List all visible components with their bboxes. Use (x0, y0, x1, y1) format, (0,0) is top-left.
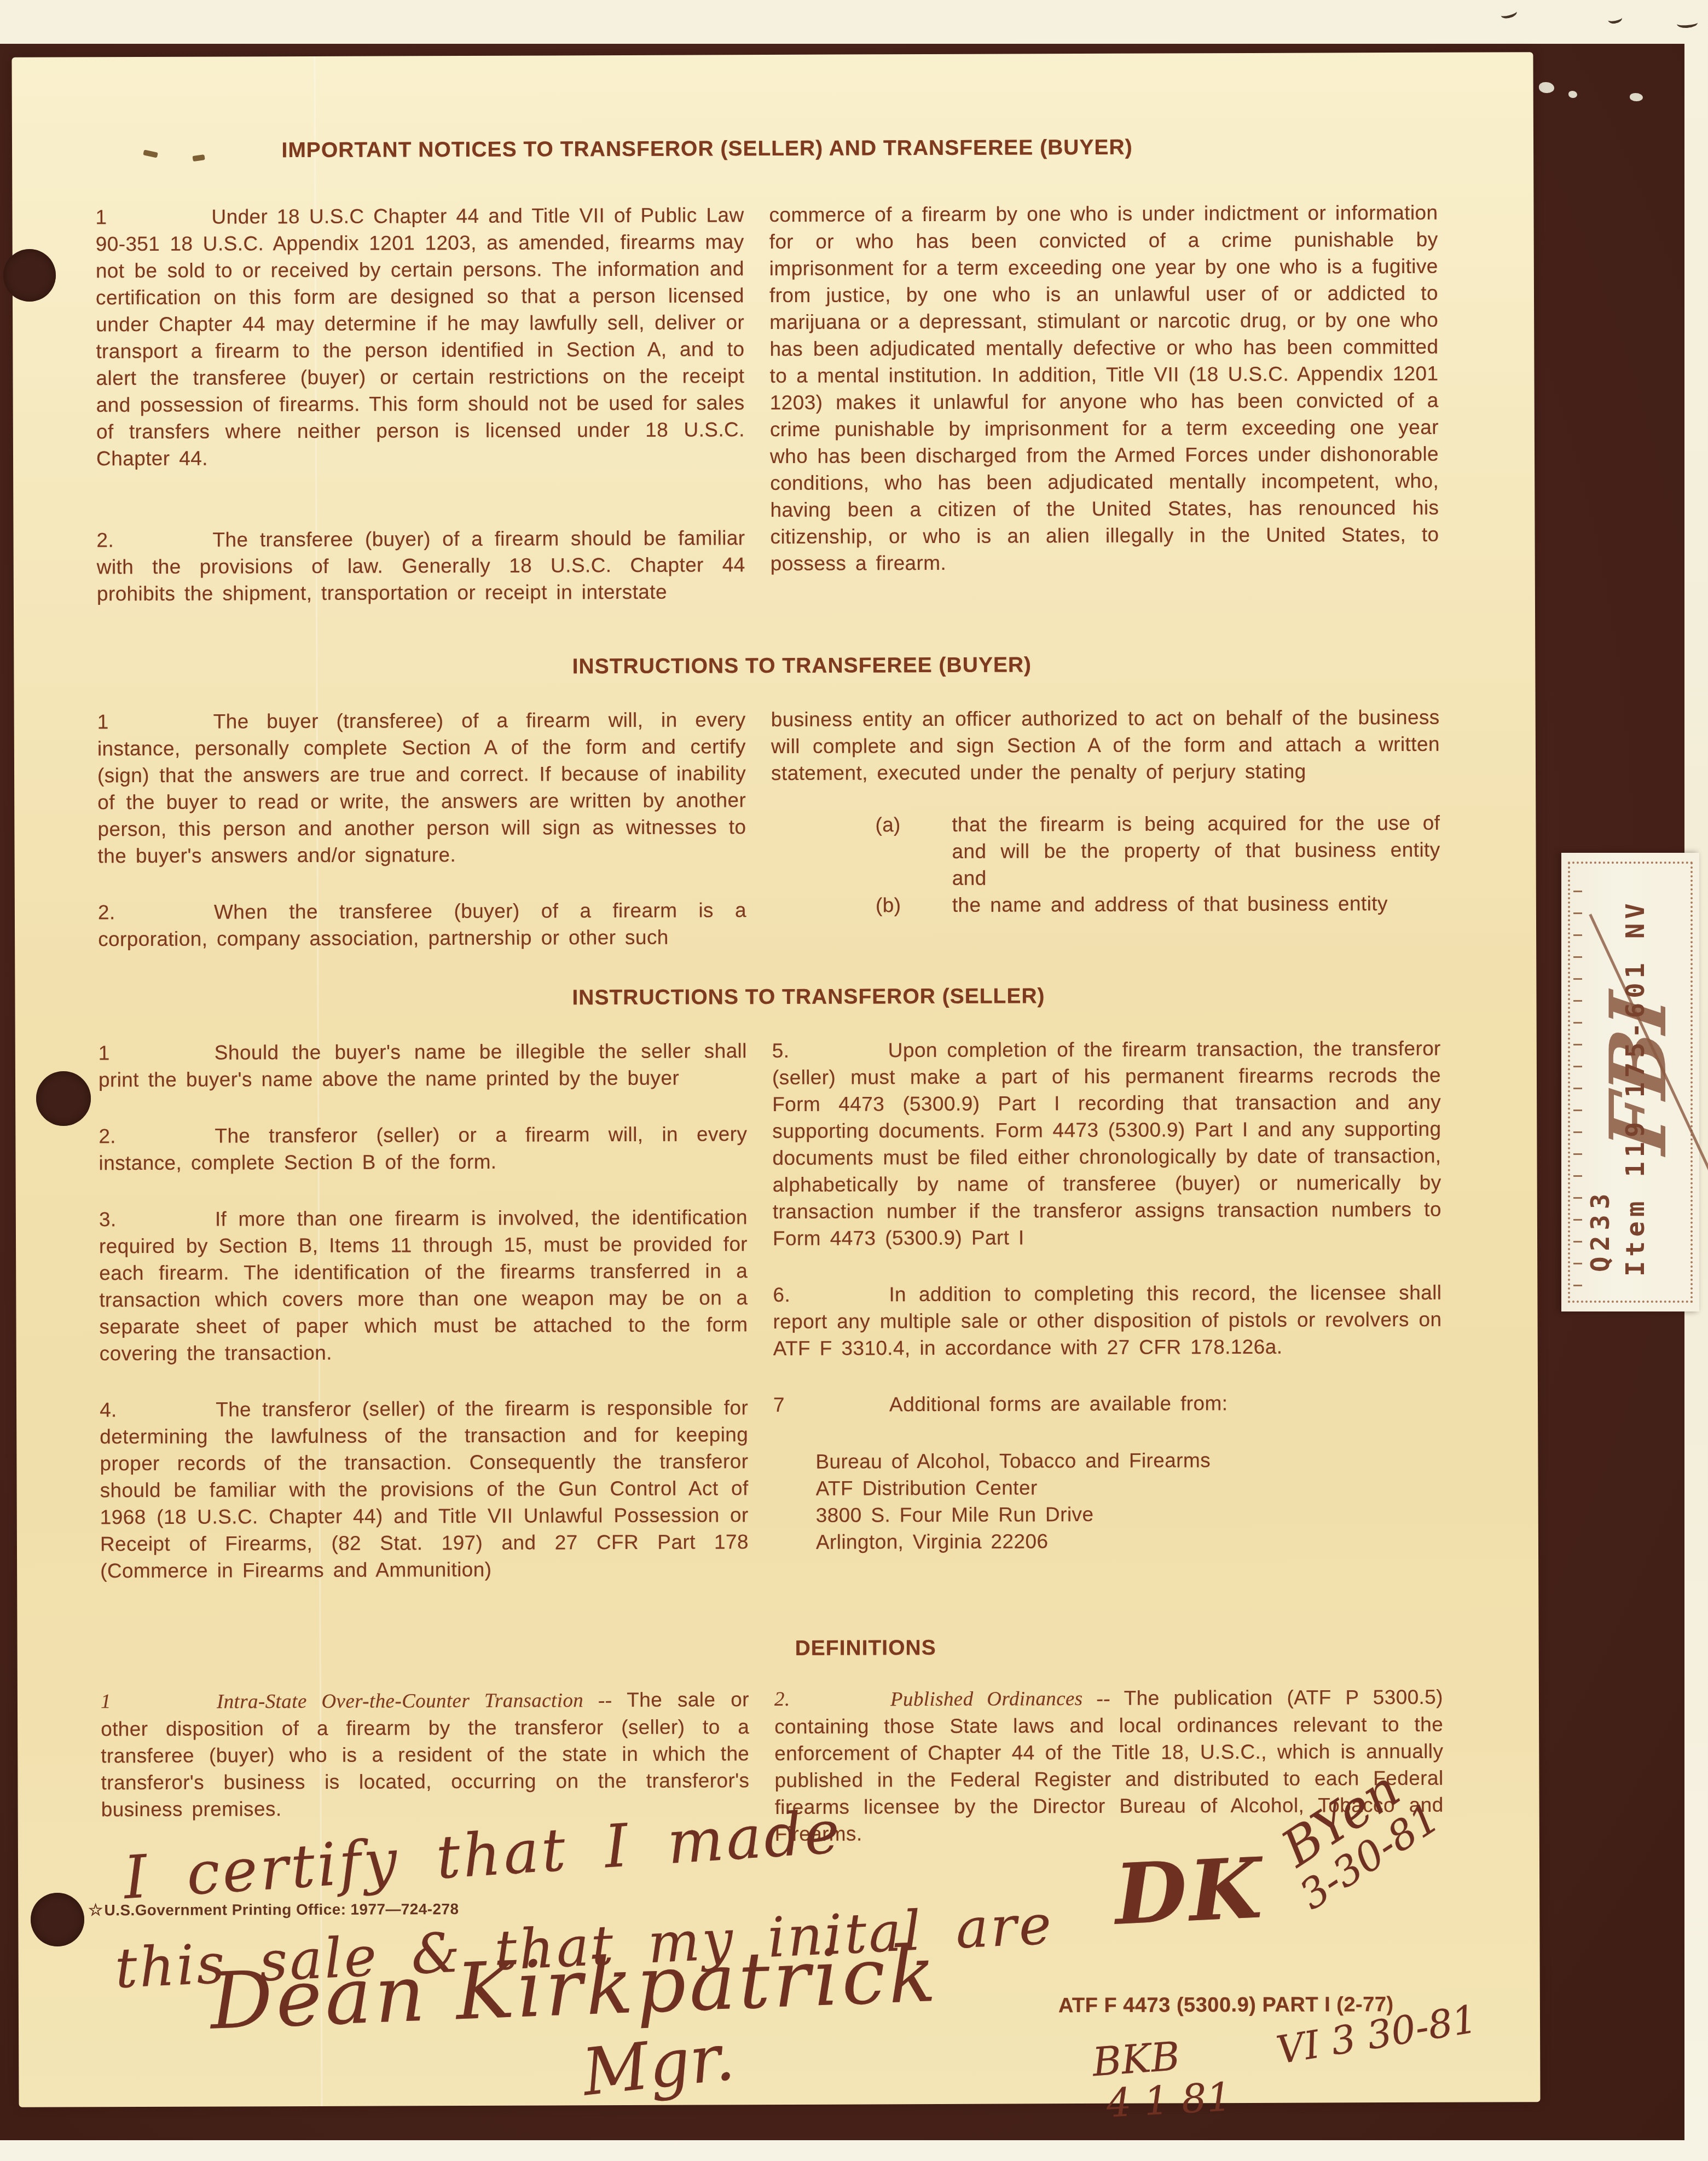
definition-number: 1 (101, 1688, 111, 1715)
handwritten-initials-dk: DK (1113, 1839, 1266, 1944)
transferee-intro: business entity an officer authorized to… (771, 704, 1440, 787)
fbi-evidence-label: Q233 Item 119 175-601 NV FBI (1561, 853, 1699, 1311)
document-page: IMPORTANT NOTICES TO TRANSFEROR (SELLER)… (11, 52, 1540, 2107)
evidence-label-text: Q233 Item 119 175-601 NV (1583, 899, 1653, 1276)
paragraph-number: 1 (95, 204, 107, 230)
paragraph-text: If more than one firearm is involved, th… (99, 1206, 748, 1365)
paragraph-number: 5. (772, 1037, 790, 1064)
paragraph-number: 2. (96, 527, 114, 553)
transferor-item-5: 5. Upon completion of the firearm transa… (772, 1035, 1441, 1252)
definition-1: 1 Intra-State Over-the-Counter Transacti… (101, 1686, 750, 1823)
paragraph-text: The buyer (transferee) of a firearm will… (97, 708, 746, 867)
paragraph-number: 2. (98, 899, 115, 926)
notices-right-column: commerce of a firearm by one who is unde… (769, 199, 1439, 577)
definition-term: Published Ordinances -- (890, 1688, 1124, 1711)
definitions-left-column: 1 Intra-State Over-the-Counter Transacti… (101, 1686, 750, 1823)
transferor-item-6: 6. In addition to completing this record… (773, 1279, 1442, 1362)
transferee-title: INSTRUCTIONS TO TRANSFEREE (BUYER) (41, 651, 1562, 681)
transferee-sub-items: (a) that the firearm is being acquired f… (771, 810, 1440, 919)
address-line: Arlington, Virginia 22206 (816, 1527, 1443, 1556)
mat-speck (1630, 93, 1643, 101)
hole-punch (36, 1071, 91, 1126)
sub-item-b: (b) the name and address of that busines… (772, 890, 1440, 919)
sub-item-marker: (a) (875, 811, 901, 838)
address-line: ATF Distribution Center (816, 1473, 1443, 1502)
evidence-item-number: Item 119 175-601 NV (1618, 899, 1653, 1276)
sub-item-a: (a) that the firearm is being acquired f… (771, 810, 1440, 892)
paragraph-text: In addition to completing this record, t… (773, 1281, 1441, 1360)
form-number-footer: ATF F 4473 (5300.9) PART I (2-77) (1058, 1993, 1394, 2018)
transferee-paragraph-1: 1 The buyer (transferee) of a firearm wi… (97, 706, 746, 869)
evidence-label-ruler-ticks (1573, 886, 1582, 1286)
transferor-right-column: 5. Upon completion of the firearm transa… (772, 1035, 1443, 1556)
handwritten-role: Mgr. (579, 2019, 738, 2110)
paragraph-text: When the transferee (buyer) of a firearm… (98, 899, 746, 950)
notices-continuation: commerce of a firearm by one who is unde… (769, 199, 1439, 577)
paragraph-text: commerce of a firearm by one who is unde… (769, 201, 1439, 575)
transferor-left-column: 1 Should the buyer's name be illegible t… (99, 1037, 749, 1584)
transferor-item-3: 3. If more than one firearm is involved,… (99, 1204, 748, 1367)
hole-punch (31, 1893, 84, 1946)
handwritten-bkb-date: 4 1 81 (1105, 2073, 1232, 2127)
address-line: Bureau of Alcohol, Tobacco and Firearms (815, 1446, 1442, 1475)
mat-speck (1568, 91, 1577, 98)
definition-number: 2. (774, 1686, 790, 1713)
scanned-document: IMPORTANT NOTICES TO TRANSFEROR (SELLER)… (0, 0, 1708, 2161)
notices-paragraph-1: 1 Under 18 U.S.C Chapter 44 and Title VI… (95, 201, 745, 472)
paragraph-text: The transferor (seller) or a firearm wil… (99, 1123, 747, 1174)
address-line: 3800 S. Four Mile Run Drive (816, 1500, 1443, 1529)
paragraph-number: 4. (100, 1396, 117, 1423)
transferor-title: INSTRUCTIONS TO TRANSFEROR (SELLER) (48, 983, 1569, 1012)
transferor-item-4: 4. The transferor (seller) of the firear… (100, 1394, 749, 1584)
paragraph-number: 2. (99, 1123, 116, 1149)
evidence-q-number: Q233 (1583, 899, 1618, 1272)
notices-left-column: 1 Under 18 U.S.C Chapter 44 and Title VI… (95, 201, 745, 607)
paragraph-text: Upon completion of the firearm transacti… (772, 1037, 1441, 1250)
atf-address-block: Bureau of Alcohol, Tobacco and Firearms … (815, 1446, 1443, 1556)
pen-tick-mark (1607, 13, 1623, 25)
transferor-item-2: 2. The transferor (seller) or a firearm … (99, 1120, 747, 1176)
paragraph-text: business entity an officer authorized to… (771, 706, 1440, 784)
definition-term: Intra-State Over-the-Counter Transaction… (217, 1689, 627, 1713)
paragraph-number: 7 (773, 1391, 785, 1418)
mat-speck (1539, 82, 1554, 93)
definitions-title: DEFINITIONS (105, 1634, 1626, 1663)
transferee-right-column: business entity an officer authorized to… (771, 704, 1440, 919)
hole-punch (3, 249, 56, 302)
star-icon: ☆ (88, 1901, 103, 1919)
paragraph-text: The transferee (buyer) of a firearm shou… (97, 527, 745, 605)
paragraph-text: Should the buyer's name be illegible the… (99, 1039, 747, 1091)
sub-item-text: that the firearm is being acquired for t… (952, 812, 1440, 889)
transferee-paragraph-2: 2. When the transferee (buyer) of a fire… (98, 897, 746, 952)
transferee-left-column: 1 The buyer (transferee) of a firearm wi… (97, 706, 747, 952)
paragraph-number: 1 (99, 1039, 110, 1066)
pen-tick-mark (1676, 18, 1698, 29)
pen-tick-mark (1499, 7, 1518, 20)
paragraph-text: Additional forms are available from: (889, 1392, 1228, 1415)
paragraph-number: 3. (99, 1206, 117, 1233)
paragraph-number: 6. (773, 1281, 790, 1308)
notices-paragraph-2: 2. The transferee (buyer) of a firearm s… (96, 524, 745, 607)
evidence-label-rotated-content: Q233 Item 119 175-601 NV FBI (1561, 853, 1699, 1311)
transferor-item-1: 1 Should the buyer's name be illegible t… (99, 1037, 747, 1093)
paragraph-number: 1 (97, 708, 109, 735)
notices-title: IMPORTANT NOTICES TO TRANSFEROR (SELLER)… (0, 135, 1468, 164)
sub-item-text: the name and address of that business en… (952, 892, 1388, 916)
paragraph-text: The transferor (seller) of the firearm i… (100, 1396, 749, 1582)
paragraph-text: Under 18 U.S.C Chapter 44 and Title VII … (96, 204, 745, 470)
transferor-item-7: 7 Additional forms are available from: (773, 1389, 1442, 1418)
sub-item-marker: (b) (876, 892, 901, 918)
